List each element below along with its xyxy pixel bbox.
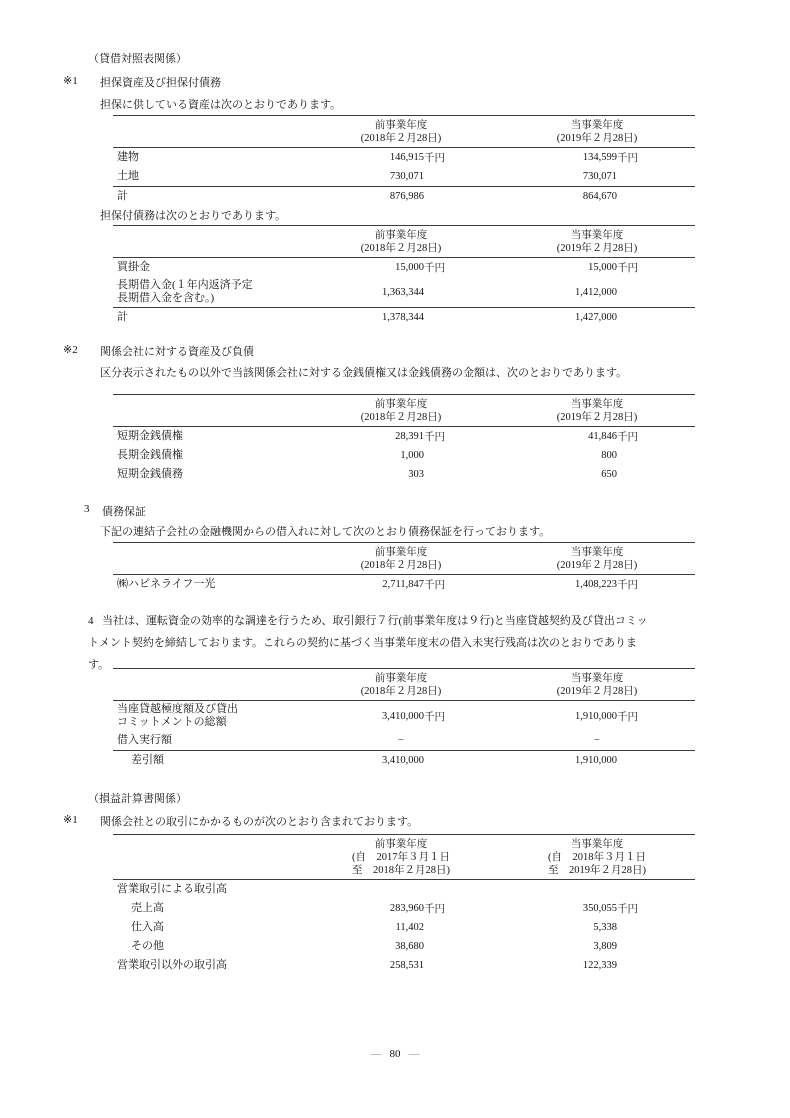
page-number-right-dash: ― xyxy=(409,1048,420,1060)
header-label-spacer xyxy=(113,838,303,877)
table-row: 建物146,915千円134,599千円 xyxy=(113,148,695,167)
note3-heading-row: 3 債務保証 xyxy=(84,503,790,519)
row-value-previous: 730,071 xyxy=(303,167,499,186)
column-header-dates: (2018年２月28日) xyxy=(361,242,442,255)
column-header-date-line: (2019年２月28日) xyxy=(557,685,638,698)
value-unit: 千円 xyxy=(617,260,639,275)
table-row: 計876,986864,670 xyxy=(113,186,695,206)
value-number: 1,427,000 xyxy=(575,312,617,323)
secured-liabilities-table: 前事業年度(2018年２月28日)当事業年度(2019年２月28日)買掛金15,… xyxy=(113,225,695,327)
row-label-line: 長期借入金(１年内返済予定 xyxy=(117,279,303,292)
row-label: 営業取引による取引高 xyxy=(113,881,303,898)
value-unit: 千円 xyxy=(617,429,639,444)
column-header-date-line: (2019年２月28日) xyxy=(557,242,638,255)
column-header-title: 前事業年度 xyxy=(303,672,499,685)
column-header-title: 当事業年度 xyxy=(499,672,695,685)
header-label-spacer xyxy=(113,546,303,572)
row-value-current: 1,427,000 xyxy=(499,308,695,327)
value-unit: 千円 xyxy=(424,429,446,444)
note3-body: 下記の連結子会社の金融機関からの借入れに対して次のとおり債務保証を行っております… xyxy=(100,525,790,539)
row-label: 仕入高 xyxy=(113,919,303,936)
value-unit: 千円 xyxy=(424,150,446,165)
row-label: 計 xyxy=(113,188,303,205)
column-header-title: 前事業年度 xyxy=(303,838,499,851)
value-number: 2,711,847 xyxy=(382,579,424,590)
column-header-dates: (2019年２月28日) xyxy=(557,559,638,572)
value-number: 650 xyxy=(601,469,617,480)
row-label-line: 建物 xyxy=(117,151,303,164)
value-number: 38,680 xyxy=(395,941,424,952)
table-row: その他38,6803,809 xyxy=(113,937,695,956)
column-header-dates: (2019年２月28日) xyxy=(557,685,638,698)
table-row: 借入実行額−− xyxy=(113,731,695,750)
column-header-dates: (2019年２月28日) xyxy=(557,242,638,255)
row-value-previous: 2,711,847千円 xyxy=(303,575,499,594)
value-number: 1,412,000 xyxy=(575,287,617,298)
row-value-current: 800 xyxy=(499,446,695,465)
row-value-current: 1,910,000千円 xyxy=(499,701,695,731)
table-header-row: 前事業年度(2018年２月28日)当事業年度(2019年２月28日) xyxy=(113,669,695,701)
value-number: 864,670 xyxy=(583,191,617,202)
row-value-previous: 3,410,000千円 xyxy=(303,701,499,731)
value-number: 3,809 xyxy=(593,941,617,952)
value-number: 1,378,344 xyxy=(382,312,424,323)
row-value-previous: 3,410,000 xyxy=(303,751,499,770)
row-value-current: 1,408,223千円 xyxy=(499,575,695,594)
debt-guarantees-table: 前事業年度(2018年２月28日)当事業年度(2019年２月28日)㈱ハピネライ… xyxy=(113,542,695,594)
value-number: 134,599 xyxy=(583,152,617,163)
column-header-title: 当事業年度 xyxy=(499,838,695,851)
table-row: 計1,378,3441,427,000 xyxy=(113,307,695,327)
value-number: 1,000 xyxy=(400,450,424,461)
row-label-line: 計 xyxy=(117,311,303,324)
page-number-value: 80 xyxy=(390,1048,401,1060)
column-header-dates: (2019年２月28日) xyxy=(557,132,638,145)
column-header-current-year: 当事業年度(2019年２月28日) xyxy=(499,672,695,698)
row-label-line: 当座貸越極度額及び貸出 xyxy=(117,703,303,716)
row-value-previous: 283,960千円 xyxy=(303,899,499,918)
value-unit: 千円 xyxy=(617,150,639,165)
note3-heading: 債務保証 xyxy=(102,503,146,519)
table-row: 短期金銭債権28,391千円41,846千円 xyxy=(113,427,695,446)
column-header-date-line: (2019年２月28日) xyxy=(557,559,638,572)
row-value-current: 350,055千円 xyxy=(499,899,695,918)
column-header-title: 前事業年度 xyxy=(303,119,499,132)
value-number: − xyxy=(594,735,600,746)
column-header-dates: (2018年２月28日) xyxy=(361,132,442,145)
financial-statement-notes-page: （貸借対照表関係） ※1 担保資産及び担保付債務 担保に供している資産は次のとお… xyxy=(0,0,790,1118)
column-header-title: 当事業年度 xyxy=(499,229,695,242)
table-header-row: 前事業年度(2018年２月28日)当事業年度(2019年２月28日) xyxy=(113,116,695,148)
column-header-date-line: (自 2017年３月１日 xyxy=(352,851,450,864)
table-row: 仕入高11,4025,338 xyxy=(113,918,695,937)
column-header-dates: (2019年２月28日) xyxy=(557,411,638,424)
row-label: 営業取引以外の取引高 xyxy=(113,957,303,974)
note4-marker: 4 xyxy=(88,610,102,632)
row-label: 差引額 xyxy=(113,752,303,769)
row-value-current: 134,599千円 xyxy=(499,148,695,167)
column-header-date-line: (2018年２月28日) xyxy=(361,411,442,424)
value-number: 1,363,344 xyxy=(382,287,424,298)
row-label: 長期金銭債権 xyxy=(113,447,303,464)
pledged-assets-table: 前事業年度(2018年２月28日)当事業年度(2019年２月28日)建物146,… xyxy=(113,115,695,206)
value-number: 3,410,000 xyxy=(382,711,424,722)
column-header-current-year: 当事業年度(2019年２月28日) xyxy=(499,229,695,255)
row-label: 長期借入金(１年内返済予定長期借入金を含む。) xyxy=(113,277,303,307)
row-label-line: 借入実行額 xyxy=(117,734,303,747)
note1-heading-row: ※1 担保資産及び担保付債務 xyxy=(63,74,790,90)
pl-note1-row: ※1 関係会社との取引にかかるものが次のとおり含まれております。 xyxy=(63,813,790,829)
column-header-date-line: 至 2019年２月28日) xyxy=(548,864,646,877)
table-row: 土地730,071730,071 xyxy=(113,167,695,186)
note2-body: 区分表示されたもの以外で当該関係会社に対する金銭債権又は金銭債務の金額は、次のと… xyxy=(100,366,790,380)
note1-intro-assets: 担保に供している資産は次のとおりであります。 xyxy=(100,98,790,112)
row-label-line: 長期金銭債権 xyxy=(117,449,303,462)
value-number: 730,071 xyxy=(583,171,617,182)
table-header-row: 前事業年度(2018年２月28日)当事業年度(2019年２月28日) xyxy=(113,543,695,575)
value-unit: 千円 xyxy=(617,577,639,592)
column-header-previous-year: 前事業年度(2018年２月28日) xyxy=(303,672,499,698)
row-value-previous xyxy=(303,880,499,899)
value-unit: 千円 xyxy=(424,577,446,592)
row-label: 短期金銭債権 xyxy=(113,428,303,445)
value-number: 1,408,223 xyxy=(575,579,617,590)
note1-heading: 担保資産及び担保付債務 xyxy=(100,74,221,90)
row-label-line: 仕入高 xyxy=(131,921,303,934)
column-header-title: 当事業年度 xyxy=(499,398,695,411)
column-header-previous-year: 前事業年度(2018年２月28日) xyxy=(303,119,499,145)
column-header-title: 当事業年度 xyxy=(499,546,695,559)
note1-marker: ※1 xyxy=(63,74,100,90)
note3-marker: 3 xyxy=(84,503,102,519)
value-number: 258,531 xyxy=(390,960,424,971)
value-number: 15,000 xyxy=(588,262,617,273)
row-value-current: 1,910,000 xyxy=(499,751,695,770)
row-value-previous: 11,402 xyxy=(303,918,499,937)
value-number: 800 xyxy=(601,450,617,461)
column-header-date-line: (2018年２月28日) xyxy=(361,132,442,145)
related-company-balances-table: 前事業年度(2018年２月28日)当事業年度(2019年２月28日)短期金銭債権… xyxy=(113,394,695,484)
row-label: ㈱ハピネライフ一光 xyxy=(113,576,303,593)
row-value-previous: 876,986 xyxy=(303,187,499,206)
table-row: 営業取引による取引高 xyxy=(113,880,695,899)
value-number: 1,910,000 xyxy=(575,711,617,722)
header-label-spacer xyxy=(113,672,303,698)
row-value-previous: 258,531 xyxy=(303,956,499,975)
row-label: 買掛金 xyxy=(113,259,303,276)
note2-marker: ※2 xyxy=(63,343,100,359)
income-statement-notes-title: （損益計算書関係） xyxy=(88,792,790,806)
row-value-current: 15,000千円 xyxy=(499,258,695,277)
row-value-previous: 146,915千円 xyxy=(303,148,499,167)
column-header-date-line: (2018年２月28日) xyxy=(361,685,442,698)
row-value-current: − xyxy=(499,731,695,750)
row-value-current: 650 xyxy=(499,465,695,484)
row-label-line: 買掛金 xyxy=(117,261,303,274)
value-number: 122,339 xyxy=(583,960,617,971)
row-label: 当座貸越極度額及び貸出コミットメントの総額 xyxy=(113,701,303,731)
column-header-dates: (2018年２月28日) xyxy=(361,411,442,424)
column-header-previous-year: 前事業年度(自 2017年３月１日至 2018年２月28日) xyxy=(303,838,499,877)
note4-line-1: 4 当社は、運転資金の効率的な調達を行うため、取引銀行７行(前事業年度は９行)と… xyxy=(88,610,790,632)
row-label-line: 土地 xyxy=(117,170,303,183)
row-value-previous: 1,363,344 xyxy=(303,277,499,307)
row-label: その他 xyxy=(113,938,303,955)
column-header-date-line: 至 2018年２月28日) xyxy=(352,864,450,877)
column-header-current-year: 当事業年度(2019年２月28日) xyxy=(499,546,695,572)
row-label: 土地 xyxy=(113,168,303,185)
column-header-date-line: (2019年２月28日) xyxy=(557,411,638,424)
table-row: 売上高283,960千円350,055千円 xyxy=(113,899,695,918)
row-label-line: 営業取引による取引高 xyxy=(117,883,303,896)
value-number: − xyxy=(398,735,404,746)
value-unit: 千円 xyxy=(424,901,446,916)
row-label-line: 売上高 xyxy=(131,902,303,915)
row-value-previous: − xyxy=(303,731,499,750)
note4-paragraph: 4 当社は、運転資金の効率的な調達を行うため、取引銀行７行(前事業年度は９行)と… xyxy=(88,610,790,676)
table-header-row: 前事業年度(2018年２月28日)当事業年度(2019年２月28日) xyxy=(113,226,695,258)
column-header-date-line: (自 2018年３月１日 xyxy=(548,851,646,864)
table-row: 短期金銭債務303650 xyxy=(113,465,695,484)
value-number: 11,402 xyxy=(396,922,425,933)
column-header-current-year: 当事業年度(自 2018年３月１日至 2019年２月28日) xyxy=(499,838,695,877)
row-value-current: 864,670 xyxy=(499,187,695,206)
note2-heading: 関係会社に対する資産及び負債 xyxy=(100,343,254,359)
table-header-row: 前事業年度(自 2017年３月１日至 2018年２月28日)当事業年度(自 20… xyxy=(113,835,695,880)
column-header-title: 当事業年度 xyxy=(499,119,695,132)
value-number: 3,410,000 xyxy=(382,755,424,766)
pl-note1-body: 関係会社との取引にかかるものが次のとおり含まれております。 xyxy=(100,813,418,829)
related-company-transactions-table: 前事業年度(自 2017年３月１日至 2018年２月28日)当事業年度(自 20… xyxy=(113,834,695,975)
header-label-spacer xyxy=(113,229,303,255)
column-header-previous-year: 前事業年度(2018年２月28日) xyxy=(303,546,499,572)
column-header-dates: (2018年２月28日) xyxy=(361,559,442,572)
row-value-current: 730,071 xyxy=(499,167,695,186)
row-label-line: 営業取引以外の取引高 xyxy=(117,959,303,972)
row-label: 借入実行額 xyxy=(113,732,303,749)
loan-commitments-table: 前事業年度(2018年２月28日)当事業年度(2019年２月28日)当座貸越極度… xyxy=(113,668,695,770)
row-label-line: コミットメントの総額 xyxy=(117,716,303,729)
value-number: 876,986 xyxy=(390,191,424,202)
row-label: 短期金銭債務 xyxy=(113,466,303,483)
row-value-current: 3,809 xyxy=(499,937,695,956)
balance-sheet-notes-title: （貸借対照表関係） xyxy=(88,52,790,66)
row-value-current: 122,339 xyxy=(499,956,695,975)
row-value-previous: 1,000 xyxy=(303,446,499,465)
table-row: ㈱ハピネライフ一光2,711,847千円1,408,223千円 xyxy=(113,575,695,594)
table-row: 長期金銭債権1,000800 xyxy=(113,446,695,465)
column-header-current-year: 当事業年度(2019年２月28日) xyxy=(499,119,695,145)
column-header-dates: (自 2017年３月１日至 2018年２月28日) xyxy=(352,851,450,877)
column-header-date-line: (2019年２月28日) xyxy=(557,132,638,145)
column-header-date-line: (2018年２月28日) xyxy=(361,559,442,572)
column-header-previous-year: 前事業年度(2018年２月28日) xyxy=(303,398,499,424)
value-number: 5,338 xyxy=(593,922,617,933)
column-header-title: 前事業年度 xyxy=(303,546,499,559)
row-label: 計 xyxy=(113,309,303,326)
header-label-spacer xyxy=(113,398,303,424)
column-header-previous-year: 前事業年度(2018年２月28日) xyxy=(303,229,499,255)
row-label: 売上高 xyxy=(113,900,303,917)
row-value-current: 1,412,000 xyxy=(499,277,695,307)
row-label-line: 短期金銭債権 xyxy=(117,430,303,443)
table-header-row: 前事業年度(2018年２月28日)当事業年度(2019年２月28日) xyxy=(113,395,695,427)
row-value-previous: 303 xyxy=(303,465,499,484)
note2-heading-row: ※2 関係会社に対する資産及び負債 xyxy=(63,343,790,359)
column-header-date-line: (2018年２月28日) xyxy=(361,242,442,255)
row-value-previous: 38,680 xyxy=(303,937,499,956)
value-number: 350,055 xyxy=(583,903,617,914)
row-value-previous: 1,378,344 xyxy=(303,308,499,327)
note4-line-1-text: 当社は、運転資金の効率的な調達を行うため、取引銀行７行(前事業年度は９行)と当座… xyxy=(102,610,648,632)
row-value-previous: 28,391千円 xyxy=(303,427,499,446)
page-number: ―80― xyxy=(0,1048,790,1060)
row-value-current: 41,846千円 xyxy=(499,427,695,446)
value-number: 15,000 xyxy=(395,262,424,273)
row-value-current xyxy=(499,880,695,899)
pl-note1-marker: ※1 xyxy=(63,813,100,829)
value-unit: 千円 xyxy=(424,709,446,724)
header-label-spacer xyxy=(113,119,303,145)
note1-intro-liabilities: 担保付債務は次のとおりであります。 xyxy=(100,209,790,223)
row-value-current: 5,338 xyxy=(499,918,695,937)
row-label-line: 差引額 xyxy=(131,754,303,767)
column-header-current-year: 当事業年度(2019年２月28日) xyxy=(499,398,695,424)
value-number: 146,915 xyxy=(390,152,424,163)
table-row: 長期借入金(１年内返済予定長期借入金を含む。)1,363,3441,412,00… xyxy=(113,277,695,307)
table-row: 営業取引以外の取引高258,531122,339 xyxy=(113,956,695,975)
column-header-dates: (2018年２月28日) xyxy=(361,685,442,698)
value-number: 303 xyxy=(408,469,424,480)
value-number: 730,071 xyxy=(390,171,424,182)
column-header-title: 前事業年度 xyxy=(303,229,499,242)
value-unit: 千円 xyxy=(617,709,639,724)
row-label-line: 短期金銭債務 xyxy=(117,468,303,481)
value-number: 283,960 xyxy=(390,903,424,914)
value-number: 28,391 xyxy=(395,431,424,442)
row-label-line: ㈱ハピネライフ一光 xyxy=(117,578,303,591)
row-label-line: 計 xyxy=(117,190,303,203)
page-number-left-dash: ― xyxy=(371,1048,382,1060)
table-row: 当座貸越極度額及び貸出コミットメントの総額3,410,000千円1,910,00… xyxy=(113,701,695,731)
column-header-title: 前事業年度 xyxy=(303,398,499,411)
row-label-line: その他 xyxy=(131,940,303,953)
row-value-previous: 15,000千円 xyxy=(303,258,499,277)
value-unit: 千円 xyxy=(424,260,446,275)
row-label-line: 長期借入金を含む。) xyxy=(117,292,303,305)
column-header-dates: (自 2018年３月１日至 2019年２月28日) xyxy=(548,851,646,877)
value-number: 1,910,000 xyxy=(575,755,617,766)
row-label: 建物 xyxy=(113,149,303,166)
table-row: 買掛金15,000千円15,000千円 xyxy=(113,258,695,277)
value-number: 41,846 xyxy=(588,431,617,442)
table-row: 差引額3,410,0001,910,000 xyxy=(113,750,695,770)
note4-line-2: トメント契約を締結しております。これらの契約に基づく当事業年度末の借入未実行残高… xyxy=(88,632,790,654)
value-unit: 千円 xyxy=(617,901,639,916)
